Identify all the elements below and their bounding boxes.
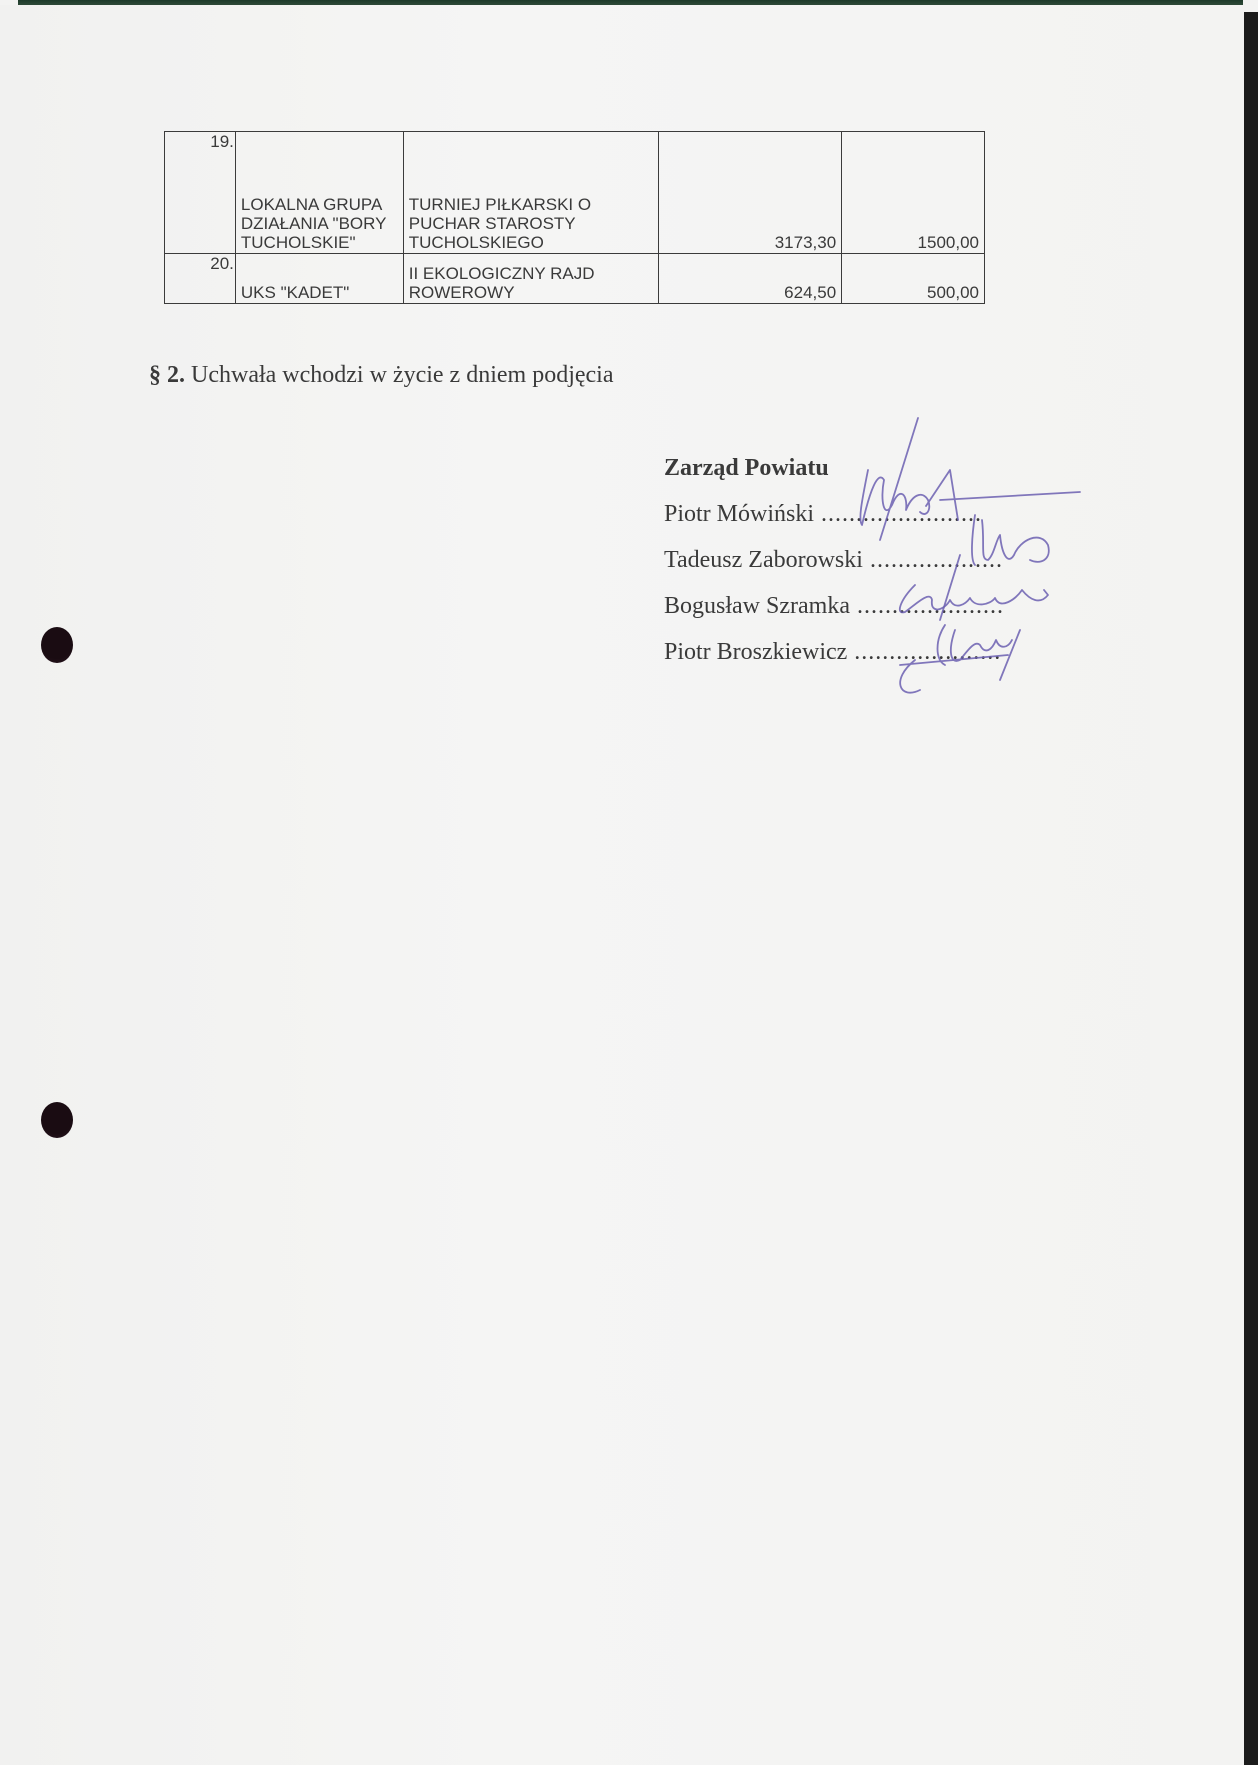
signature-line: ................... — [863, 547, 1003, 573]
grants-table: 19. LOKALNA GRUPA DZIAŁANIA "BORY TUCHOL… — [164, 131, 985, 304]
task-cell: TURNIEJ PIŁKARSKI O PUCHAR STAROSTY TUCH… — [403, 132, 659, 254]
signature-line: ....................... — [814, 501, 982, 527]
signatory-name: Piotr Broszkiewicz — [664, 639, 847, 665]
signatory-name: Piotr Mówiński — [664, 501, 814, 527]
signature-line: ..................... — [850, 593, 1004, 619]
section-mark: § 2. — [149, 362, 185, 388]
organization-cell: LOKALNA GRUPA DZIAŁANIA "BORY TUCHOLSKIE… — [235, 132, 403, 254]
signature-block: Zarząd Powiatu Piotr Mówiński ..........… — [664, 445, 1004, 675]
total-cost-cell: 3173,30 — [659, 132, 842, 254]
section-2-paragraph: § 2. Uchwała wchodzi w życie z dniem pod… — [149, 362, 613, 389]
scan-right-edge — [1244, 12, 1258, 1765]
signatory-row: Bogusław Szramka ..................... — [664, 583, 1004, 629]
row-number: 20. — [165, 254, 236, 304]
signature-heading: Zarząd Powiatu — [664, 445, 1004, 491]
table-row: 19. LOKALNA GRUPA DZIAŁANIA "BORY TUCHOL… — [165, 132, 985, 254]
grant-cell: 1500,00 — [842, 132, 985, 254]
section-text: Uchwała wchodzi w życie z dniem podjęcia — [185, 362, 613, 388]
total-cost-cell: 624,50 — [659, 254, 842, 304]
punch-hole-lower — [41, 1102, 73, 1138]
grant-cell: 500,00 — [842, 254, 985, 304]
punch-hole-upper — [41, 627, 73, 663]
table-row: 20. UKS "KADET" II EKOLOGICZNY RAJD ROWE… — [165, 254, 985, 304]
signatory-row: Piotr Mówiński ....................... — [664, 491, 1004, 537]
organization-cell: UKS "KADET" — [235, 254, 403, 304]
scan-top-edge — [18, 0, 1243, 5]
signature-line: ..................... — [847, 639, 1001, 665]
row-number: 19. — [165, 132, 236, 254]
task-cell: II EKOLOGICZNY RAJD ROWEROWY — [403, 254, 659, 304]
signatory-row: Piotr Broszkiewicz ..................... — [664, 629, 1004, 675]
signatory-name: Tadeusz Zaborowski — [664, 547, 863, 573]
signatory-name: Bogusław Szramka — [664, 593, 850, 619]
signatory-row: Tadeusz Zaborowski ................... — [664, 537, 1004, 583]
